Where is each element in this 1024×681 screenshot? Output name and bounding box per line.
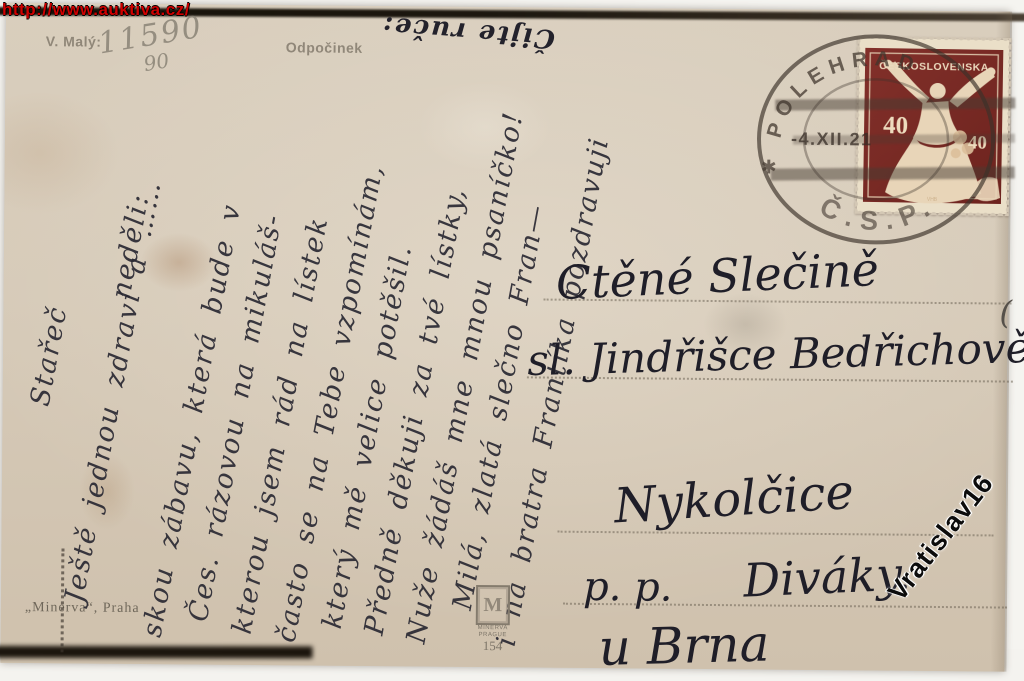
postmark-town: POLEHRAD — [763, 46, 924, 141]
address-post-prefix: p. p. — [583, 564, 673, 611]
postcard-scan: V. Malý: Odpočinek „Minerva“, Praha 1159… — [0, 0, 1024, 649]
logo-monogram: M — [483, 594, 502, 617]
postmark-star-icon: ✱ — [761, 157, 777, 178]
address-post-office: Diváky. — [742, 546, 912, 607]
address-district: u Brna — [598, 615, 770, 649]
address-name: sl. Jindřišce Bedřichově — [527, 323, 1024, 385]
svg-text:Č.S.P.: Č.S.P. — [815, 188, 942, 237]
svg-text:POLEHRAD: POLEHRAD — [763, 46, 924, 141]
logo-number: 154 — [467, 639, 519, 649]
message-line: Stařeč — [25, 303, 74, 408]
caption-title: Odpočinek — [286, 39, 363, 56]
address-village: Nykolčice — [612, 464, 855, 535]
postcard-back: V. Malý: Odpočinek „Minerva“, Praha 1159… — [0, 3, 1010, 649]
postmark: POLEHRAD Č.S.P. -4.XII.21 ✱ — [744, 17, 1008, 257]
caption-author: V. Malý: — [46, 33, 102, 49]
printer-logo: M MINERVA PRAGUE 154 — [467, 585, 520, 649]
pencil-price: 90 — [142, 48, 171, 76]
auction-site-watermark: http://www.auktiva.cz/ — [2, 0, 190, 20]
message-line: Ještě jednou zdraví a …… — [59, 178, 168, 605]
postmark-bottom-initials: Č.S.P. — [815, 188, 942, 237]
minerva-emblem-icon: M — [476, 585, 510, 625]
stray-ink-mark: ( — [999, 294, 1012, 332]
postmark-date: -4.XII.21 — [791, 129, 873, 150]
